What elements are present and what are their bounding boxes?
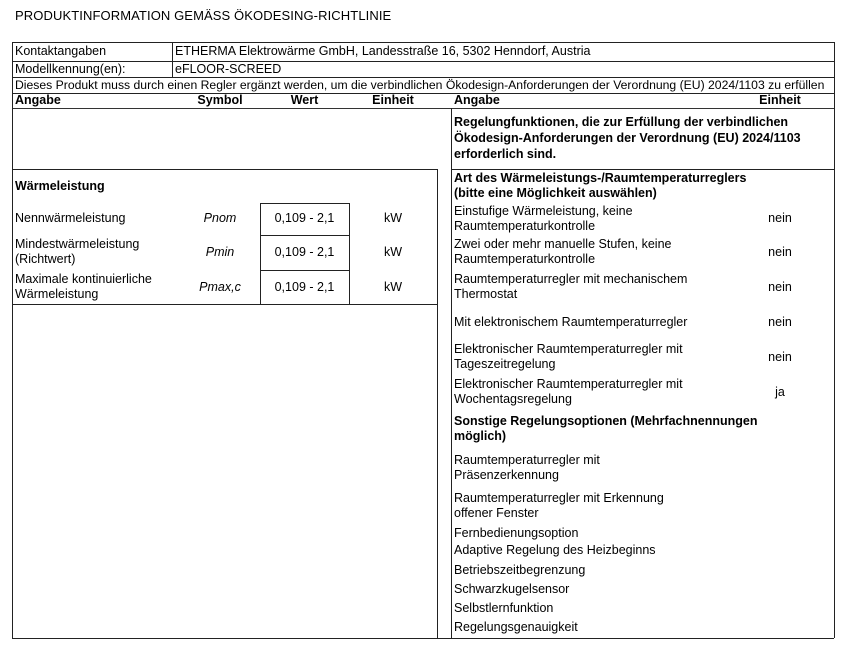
option-label: Schwarzkugelsensor	[454, 582, 569, 597]
option-label: Selbstlernfunktion	[454, 601, 553, 616]
row-symbol: Pmax,c	[180, 280, 260, 295]
info-column-divider	[172, 42, 173, 77]
row-value: 0,109 - 2,1	[260, 280, 349, 295]
option-label: Fernbedienungsoption	[454, 526, 578, 541]
row-unit: kW	[349, 211, 437, 226]
row-label: Maximale kontinuierliche	[15, 272, 152, 287]
item-label: Einstufige Wärmeleistung, keine	[454, 204, 633, 219]
item-value: nein	[740, 315, 820, 330]
other-section-title: Sonstige Regelungsoptionen (Mehrfachnenn…	[454, 414, 757, 429]
item-label: Raumtemperaturregler mit mechanischem	[454, 272, 687, 287]
item-label: Elektronischer Raumtemperaturregler mit	[454, 342, 683, 357]
row-label: Nennwärmeleistung	[15, 211, 125, 226]
item-value: ja	[740, 385, 820, 400]
header-angabe: Angabe	[15, 93, 61, 108]
item-label: Zwei oder mehr manuelle Stufen, keine	[454, 237, 671, 252]
row-divider	[12, 61, 834, 62]
header-right-einheit: Einheit	[740, 93, 820, 108]
intro-line: Ökodesign-Anforderungen der Verordnung (…	[454, 131, 801, 146]
header-bottom-border	[12, 108, 834, 109]
table-right-border	[834, 42, 835, 638]
type-section-title: Art des Wärmeleistungs-/Raumtemperaturre…	[454, 171, 746, 186]
item-value: nein	[740, 245, 820, 260]
row-label: Mindestwärmeleistung	[15, 237, 139, 252]
section-top-border	[12, 169, 437, 170]
option-label: Regelungsgenauigkeit	[454, 620, 578, 635]
right-intro-bottom	[451, 169, 834, 170]
option-label: Adaptive Regelung des Heizbeginns	[454, 543, 656, 558]
item-value: nein	[740, 350, 820, 365]
row-value: 0,109 - 2,1	[260, 245, 349, 260]
header-wert: Wert	[260, 93, 349, 108]
intro-line: erforderlich sind.	[454, 147, 556, 162]
value-box-divider	[260, 235, 349, 236]
item-label-line2: Wochentagsregelung	[454, 392, 572, 407]
row-value: 0,109 - 2,1	[260, 211, 349, 226]
contact-label: Kontaktangaben	[15, 44, 106, 59]
option-label: Betriebszeitbegrenzung	[454, 563, 585, 578]
item-value: nein	[740, 280, 820, 295]
document-title: PRODUKTINFORMATION GEMÄSS ÖKODESING-RICH…	[15, 8, 391, 23]
row-label-line2: Wärmeleistung	[15, 287, 98, 302]
value-box-top	[260, 203, 349, 204]
option-label: Raumtemperaturregler mit	[454, 453, 600, 468]
regulator-notice: Dieses Produkt muss durch einen Regler e…	[15, 78, 824, 93]
header-symbol: Symbol	[180, 93, 260, 108]
type-section-subtitle: (bitte eine Möglichkeit auswählen)	[454, 186, 657, 201]
option-label-line2: offener Fenster	[454, 506, 539, 521]
row-symbol: Pmin	[180, 245, 260, 260]
header-einheit: Einheit	[349, 93, 437, 108]
item-label: Elektronischer Raumtemperaturregler mit	[454, 377, 683, 392]
option-label: Raumtemperaturregler mit Erkennung	[454, 491, 664, 506]
row-unit: kW	[349, 245, 437, 260]
model-label: Modellkennung(en):	[15, 62, 126, 77]
row-unit: kW	[349, 280, 437, 295]
table-bottom-border	[12, 638, 834, 639]
section-left-border	[12, 169, 13, 638]
model-value: eFLOOR-SCREED	[175, 62, 281, 77]
item-label-line2: Tageszeitregelung	[454, 357, 555, 372]
value-box-divider	[260, 270, 349, 271]
table-left-border	[12, 42, 13, 108]
section-row-bottom	[12, 304, 437, 305]
section-right-border	[437, 169, 438, 638]
right-column-left-border	[451, 108, 452, 638]
item-label-line2: Raumtemperaturkontrolle	[454, 252, 595, 267]
option-label-line2: Präsenzerkennung	[454, 468, 559, 483]
section-title-waermeleistung: Wärmeleistung	[15, 179, 105, 194]
other-section-subtitle: möglich)	[454, 429, 506, 444]
item-label-line2: Thermostat	[454, 287, 517, 302]
contact-value: ETHERMA Elektrowärme GmbH, Landesstraße …	[175, 44, 590, 59]
row-label-line2: (Richtwert)	[15, 252, 75, 267]
item-value: nein	[740, 211, 820, 226]
left-border	[12, 108, 13, 169]
item-label-line2: Raumtemperaturkontrolle	[454, 219, 595, 234]
header-right-angabe: Angabe	[454, 93, 500, 108]
intro-line: Regelungfunktionen, die zur Erfüllung de…	[454, 115, 788, 130]
table-top-border	[12, 42, 834, 43]
item-label: Mit elektronischem Raumtemperaturregler	[454, 315, 687, 330]
row-symbol: Pnom	[180, 211, 260, 226]
